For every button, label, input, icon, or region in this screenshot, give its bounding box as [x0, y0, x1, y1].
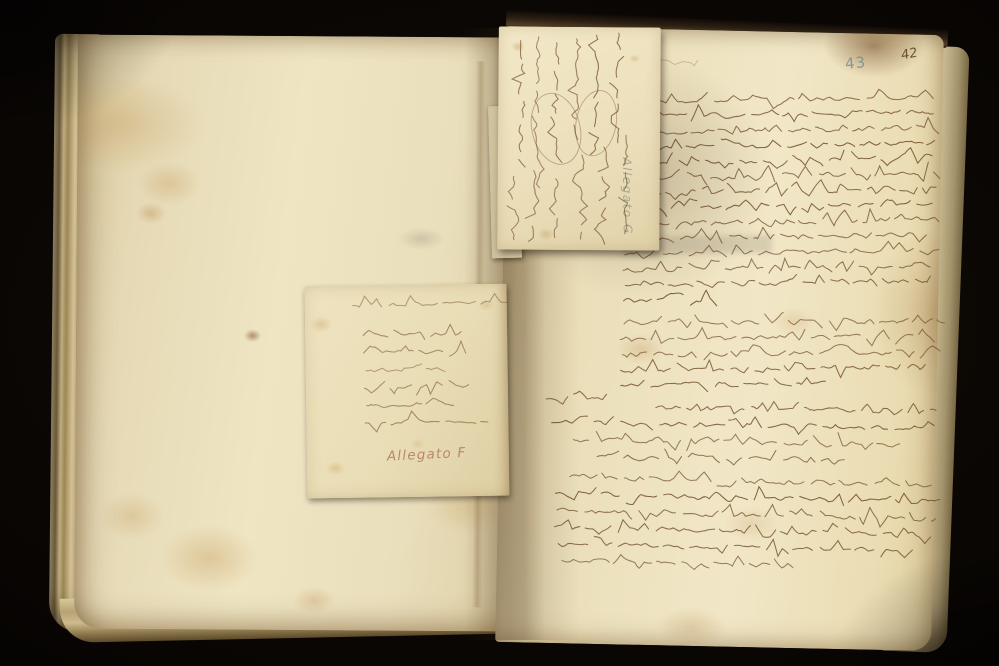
entry-block-4: [539, 468, 952, 593]
folio-number-pencil: 43: [844, 53, 867, 73]
slip-label-allegato-f: Allegato F: [387, 445, 467, 465]
folio-number-ink: 42: [901, 45, 918, 63]
manuscript-photo: Allegato G Allegato F 43 42: [0, 0, 999, 666]
attached-slip-allegato-g: Allegato G: [497, 26, 661, 250]
slip-left-name-list: [363, 325, 498, 448]
attached-slip-allegato-f: Allegato F: [305, 284, 510, 499]
slip-top-entry-columns: [503, 30, 651, 263]
